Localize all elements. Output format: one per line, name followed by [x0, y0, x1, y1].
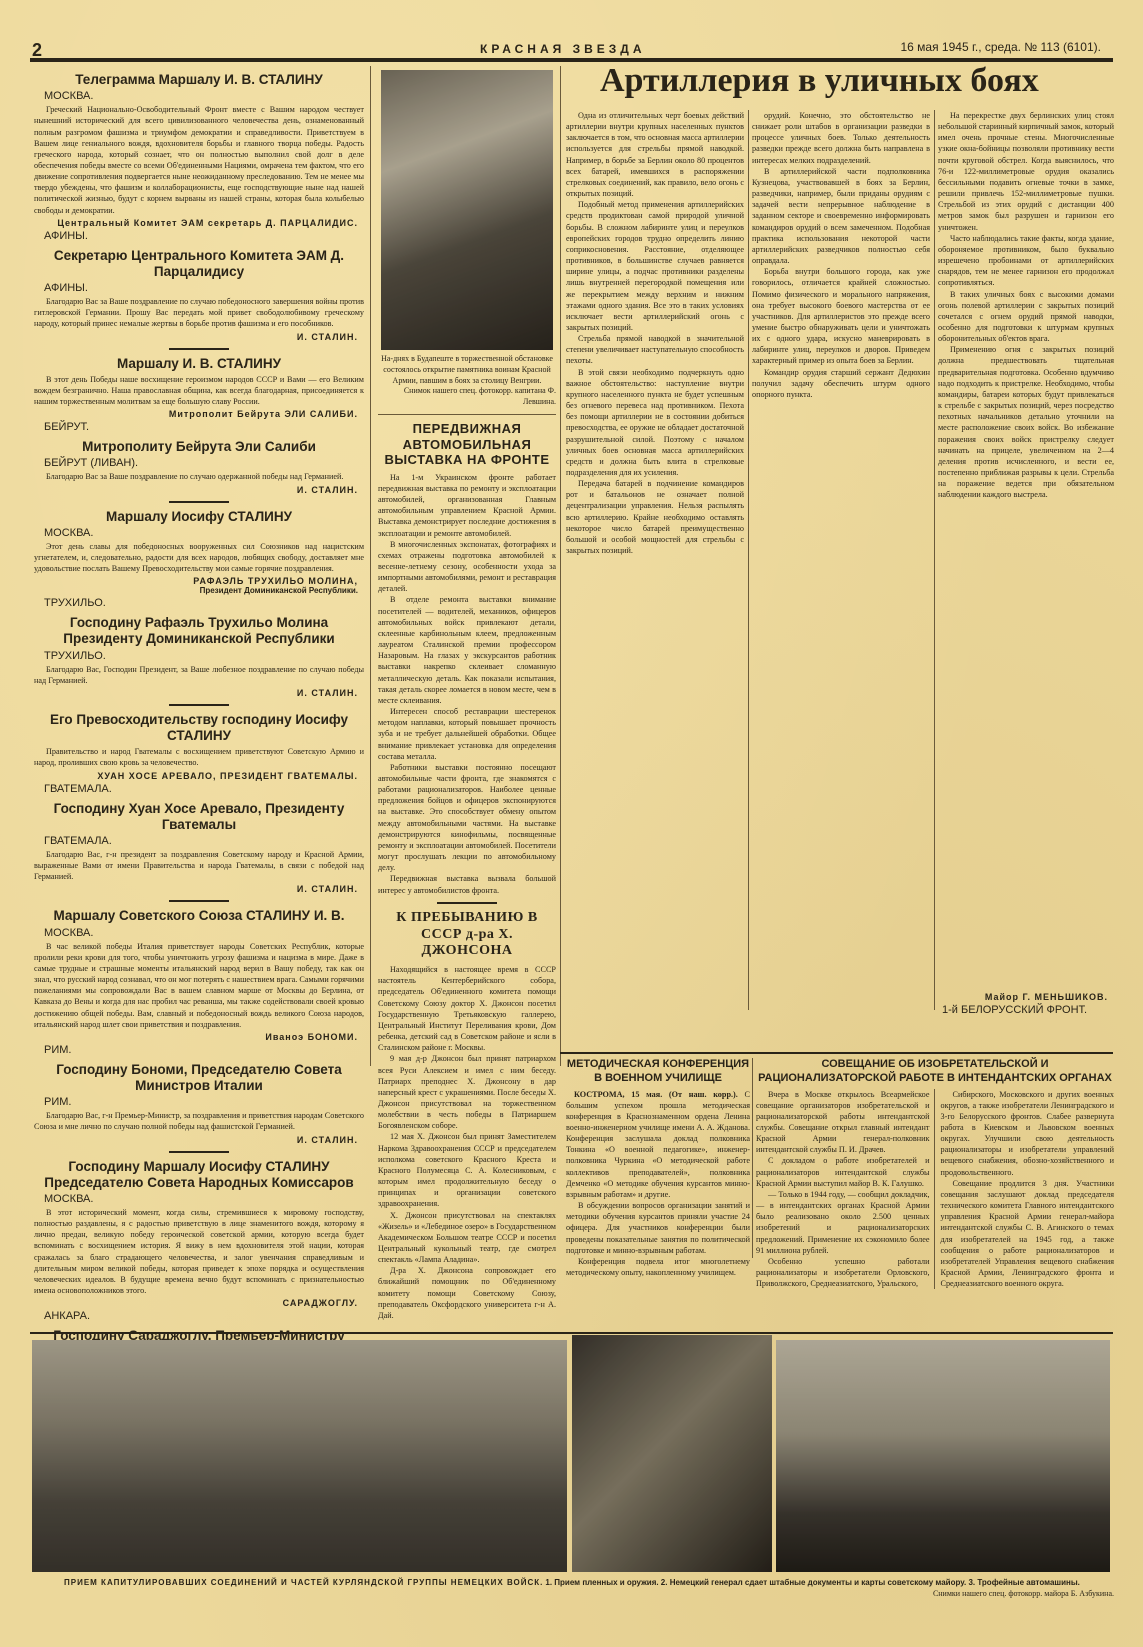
- trophy-vehicles-photo: [776, 1340, 1110, 1572]
- telegram-signature: САРАДЖОГЛУ.: [34, 1298, 358, 1308]
- paragraph: Передача батарей в подчинение командиров…: [566, 478, 744, 556]
- telegram-text: Благодарю Вас, Господин Президент, за Ва…: [34, 664, 364, 686]
- paragraph: В обсуждении вопросов организации заняти…: [566, 1200, 750, 1256]
- meeting-article: СОВЕЩАНИЕ ОБ ИЗОБРЕТАТЕЛЬСКОЙ И РАЦИОНАЛ…: [756, 1058, 1114, 1289]
- artillery-col-2: орудий. Конечно, это обстоятельство не с…: [752, 110, 930, 400]
- caption-heading: ПРИЕМ КАПИТУЛИРОВАВШИХ СОЕДИНЕНИЙ И ЧАСТ…: [64, 1578, 543, 1587]
- exhibition-title: ПЕРЕДВИЖНАЯ АВТОМОБИЛЬНАЯ ВЫСТАВКА НА ФР…: [378, 421, 556, 468]
- paragraph: Х. Джонсон присутствовал на спектаклях «…: [378, 1210, 556, 1266]
- prisoners-weapons-photo: [32, 1340, 567, 1572]
- budapest-monument-photo: [381, 70, 553, 350]
- paragraph: Подобный метод применения артиллерийских…: [566, 199, 744, 333]
- paragraph: Стрельба прямой наводкой в значительной …: [566, 333, 744, 366]
- artillery-signature: Майор Г. МЕНЬШИКОВ. 1-й БЕЛОРУССКИЙ ФРОН…: [938, 990, 1114, 1018]
- meeting-col-1: Вчера в Москве открылось Всеармейское со…: [756, 1089, 935, 1290]
- paragraph: В отделе ремонта выставки внимание посет…: [378, 594, 556, 706]
- telegram-signature: И. СТАЛИН.: [34, 688, 358, 698]
- telegram-origin: АФИНЫ.: [44, 230, 364, 242]
- photo-credit: Снимки нашего спец. фотокорр. майора Б. …: [34, 1589, 1114, 1600]
- paragraph: Конференция подвела итог многолетнему ме…: [566, 1256, 750, 1278]
- column-divider: [752, 1058, 753, 1258]
- telegram-text: Благодарю Вас за Ваше поздравление по сл…: [34, 296, 364, 329]
- meeting-title: СОВЕЩАНИЕ ОБ ИЗОБРЕТАТЕЛЬСКОЙ И РАЦИОНАЛ…: [756, 1058, 1114, 1086]
- paragraph: С большим успехом прошла методическая ко…: [566, 1090, 750, 1199]
- paragraph: 9 мая д-р Джонсон был принят патриархом …: [378, 1053, 556, 1131]
- paragraph: орудий. Конечно, это обстоятельство не с…: [752, 110, 930, 166]
- telegram: Господину Рафаэль Трухильо Молина Презид…: [34, 615, 364, 698]
- divider: [169, 704, 229, 706]
- telegram-signature: И. СТАЛИН.: [34, 485, 358, 495]
- johnson-title: К ПРЕБЫВАНИЮ В СССР д-ра Х. ДЖОНСОНА: [378, 910, 556, 960]
- paragraph: Применению огня с закрытых позиций должн…: [938, 344, 1114, 500]
- paragraph: В этой связи необходимо подчеркнуть одно…: [566, 367, 744, 479]
- photo-caption: На-днях в Будапеште в торжественной обст…: [378, 354, 556, 386]
- telegram-text: Благодарю Вас за Ваше поздравление по сл…: [34, 471, 364, 482]
- caption-details: 1. Прием пленных и оружия. 2. Немецкий г…: [545, 1578, 1079, 1587]
- paragraph: В таких уличных боях с высокими домами о…: [938, 289, 1114, 345]
- telegram-place: МОСКВА.: [44, 1193, 364, 1205]
- telegram-text: В этот исторический момент, когда силы, …: [34, 1207, 364, 1296]
- exhibition-article: На 1-м Украинском фронте работает передв…: [378, 472, 556, 896]
- paragraph: Борьба внутри большого города, как уже г…: [752, 266, 930, 366]
- telegram-signature: Центральный Комитет ЭАМ секретарь Д. ПАР…: [34, 218, 358, 228]
- telegram-origin: БЕЙРУТ.: [44, 421, 364, 433]
- telegram: Митрополиту Бейрута Эли СалибиБЕЙРУТ (ЛИ…: [34, 439, 364, 494]
- telegram-text: Греческий Национально-Освободительный Фр…: [34, 104, 364, 216]
- telegram-heading: Секретарю Центрального Комитета ЭАМ Д. П…: [34, 248, 364, 280]
- bottom-caption: ПРИЕМ КАПИТУЛИРОВАВШИХ СОЕДИНЕНИЙ И ЧАСТ…: [34, 1578, 1114, 1600]
- dateline: КОСТРОМА, 15 мая. (От наш. корр.).: [574, 1090, 738, 1099]
- column-divider: [370, 66, 371, 1066]
- conference-article: МЕТОДИЧЕСКАЯ КОНФЕРЕНЦИЯ В ВОЕННОМ УЧИЛИ…: [566, 1058, 750, 1278]
- telegram-place: ТРУХИЛЬО.: [44, 650, 364, 662]
- paragraph: Сибирского, Московского и других военных…: [941, 1089, 1115, 1178]
- paragraph: Командир орудия старший сержант Дедюхин …: [752, 367, 930, 400]
- newspaper-title: КРАСНАЯ ЗВЕЗДА: [480, 42, 646, 56]
- column-divider: [560, 66, 561, 1066]
- telegram-signature: И. СТАЛИН.: [34, 884, 358, 894]
- telegram-text: Этот день славы для победоносных вооруже…: [34, 541, 364, 574]
- telegram-place: ГВАТЕМАЛА.: [44, 835, 364, 847]
- telegram: Маршалу Иосифу СТАЛИНУМОСКВА.Этот день с…: [34, 509, 364, 610]
- divider: [169, 900, 229, 902]
- paragraph: Работники выставки постоянно посещают ав…: [378, 762, 556, 874]
- artillery-col-1: Одна из отличительных черт боевых действ…: [566, 110, 744, 556]
- telegram-place: АФИНЫ.: [44, 282, 364, 294]
- telegram-heading: Телеграмма Маршалу И. В. СТАЛИНУ: [34, 72, 364, 88]
- telegram-signature: ХУАН ХОСЕ АРЕВАЛО, ПРЕЗИДЕНТ ГВАТЕМАЛЫ.: [34, 771, 358, 781]
- divider: [169, 1151, 229, 1153]
- telegram-heading: Господину Хуан Хосе Аревало, Президенту …: [34, 801, 364, 833]
- telegrams-column: Телеграмма Маршалу И. В. СТАЛИНУМОСКВА.Г…: [34, 66, 364, 1417]
- paragraph: В многочисленных экспонатах, фотографиях…: [378, 539, 556, 595]
- paragraph: Интересен способ реставрации шестеренок …: [378, 706, 556, 762]
- paragraph: Передвижная выставка вызвала большой инт…: [378, 873, 556, 895]
- column-divider: [934, 110, 935, 1010]
- paragraph: На 1-м Украинском фронте работает передв…: [378, 472, 556, 539]
- telegram-signature: Митрополит Бейрута ЭЛИ САЛИБИ.: [34, 409, 358, 419]
- telegram: Господину Бономи, Председателю Совета Ми…: [34, 1062, 364, 1145]
- artillery-col-3: На перекрестке двух берлинских улиц стоя…: [938, 110, 1114, 500]
- paragraph: С докладом о работе изобретателей и раци…: [756, 1155, 930, 1188]
- telegram-heading: Господину Бономи, Председателю Совета Ми…: [34, 1062, 364, 1094]
- telegram-heading: Маршалу И. В. СТАЛИНУ: [34, 356, 364, 372]
- paragraph: Часто наблюдались такие факты, когда зда…: [938, 233, 1114, 289]
- paragraph: Совещание продлится 3 дня. Участники сов…: [941, 1178, 1115, 1290]
- paragraph: Одна из отличительных черт боевых действ…: [566, 110, 744, 199]
- telegram-text: Благодарю Вас, г-н президент за поздравл…: [34, 849, 364, 882]
- divider: [437, 902, 497, 904]
- author: Майор Г. МЕНЬШИКОВ.: [938, 992, 1108, 1002]
- conference-title: МЕТОДИЧЕСКАЯ КОНФЕРЕНЦИЯ В ВОЕННОМ УЧИЛИ…: [566, 1058, 750, 1086]
- johnson-article: Находящийся в настоящее время в СССР нас…: [378, 964, 556, 1321]
- telegram: Секретарю Центрального Комитета ЭАМ Д. П…: [34, 248, 364, 342]
- telegram-signature: И. СТАЛИН.: [34, 332, 358, 342]
- telegram-origin: ТРУХИЛЬО.: [44, 597, 364, 609]
- artillery-title: Артиллерия в уличных боях: [600, 62, 1039, 100]
- telegram-signature: И. СТАЛИН.: [34, 1135, 358, 1145]
- telegram-text: В час великой победы Италия приветствует…: [34, 941, 364, 1030]
- front-name: 1-й БЕЛОРУССКИЙ ФРОНТ.: [942, 1004, 1114, 1016]
- divider: [30, 1332, 1113, 1334]
- telegram-origin: РИМ.: [44, 1044, 364, 1056]
- telegram-heading: Господину Маршалу Иосифу СТАЛИНУ Председ…: [34, 1159, 364, 1191]
- divider: [378, 414, 556, 415]
- telegram-place: МОСКВА.: [44, 927, 364, 939]
- telegram-origin: ГВАТЕМАЛА.: [44, 783, 364, 795]
- telegram-heading: Его Превосходительству господину Иосифу …: [34, 712, 364, 744]
- divider: [169, 348, 229, 350]
- telegram-place: БЕЙРУТ (ЛИВАН).: [44, 457, 364, 469]
- telegram-text: Благодарю Вас, г-н Премьер-Министр, за п…: [34, 1110, 364, 1132]
- telegram: Его Превосходительству господину Иосифу …: [34, 712, 364, 795]
- telegram-signature: РАФАЭЛЬ ТРУХИЛЬО МОЛИНА,: [34, 576, 358, 586]
- paragraph: Д-ра Х. Джонсона сопровождает его ближай…: [378, 1265, 556, 1321]
- meeting-col-2: Сибирского, Московского и других военных…: [941, 1089, 1115, 1290]
- paragraph: На перекрестке двух берлинских улиц стоя…: [938, 110, 1114, 233]
- telegram-origin: АНКАРА.: [44, 1310, 364, 1322]
- telegram: Маршалу И. В. СТАЛИНУВ этот день Победы …: [34, 356, 364, 434]
- divider: [169, 501, 229, 503]
- paragraph: 12 мая Х. Джонсон был принят Заместителе…: [378, 1131, 556, 1209]
- telegram-place: МОСКВА.: [44, 527, 364, 539]
- paragraph: — Только в 1944 году, — сообщил докладчи…: [756, 1189, 930, 1256]
- column-divider: [748, 110, 749, 1010]
- conference-body: В обсуждении вопросов организации заняти…: [566, 1200, 750, 1278]
- paragraph: Вчера в Москве открылось Всеармейское со…: [756, 1089, 930, 1156]
- photo-credit: Снимок нашего спец. фотокорр. капитана Ф…: [378, 386, 556, 408]
- telegram-heading: Маршалу Иосифу СТАЛИНУ: [34, 509, 364, 525]
- telegram-place: МОСКВА.: [44, 90, 364, 102]
- telegram-heading: Митрополиту Бейрута Эли Салиби: [34, 439, 364, 455]
- telegram-heading: Господину Рафаэль Трухильо Молина Презид…: [34, 615, 364, 647]
- middle-column: На-днях в Будапеште в торжественной обст…: [378, 66, 556, 1321]
- telegram: Господину Хуан Хосе Аревало, Президенту …: [34, 801, 364, 895]
- paragraph: В артиллерийской части подполковника Куз…: [752, 166, 930, 266]
- telegram-signature: Иваноэ БОНОМИ.: [34, 1032, 358, 1042]
- paragraph: Находящийся в настоящее время в СССР нас…: [378, 964, 556, 1053]
- issue-date: 16 мая 1945 г., среда. № 113 (6101).: [900, 40, 1101, 54]
- german-general-photo: [572, 1335, 772, 1572]
- telegram: Господину Маршалу Иосифу СТАЛИНУ Председ…: [34, 1159, 364, 1323]
- divider: [560, 1052, 1113, 1054]
- paragraph: Особенно успешно работали рационализатор…: [756, 1256, 930, 1289]
- telegram: Маршалу Советского Союза СТАЛИНУ И. В.МО…: [34, 908, 364, 1055]
- telegram-text: Правительство и народ Гватемалы с восхищ…: [34, 746, 364, 768]
- telegram-signature-title: Президент Доминиканской Республики.: [34, 586, 358, 595]
- telegram-text: В этот день Победы наше восхищение герои…: [34, 374, 364, 407]
- telegram: Телеграмма Маршалу И. В. СТАЛИНУМОСКВА.Г…: [34, 72, 364, 242]
- telegram-heading: Маршалу Советского Союза СТАЛИНУ И. В.: [34, 908, 364, 924]
- telegram-place: РИМ.: [44, 1096, 364, 1108]
